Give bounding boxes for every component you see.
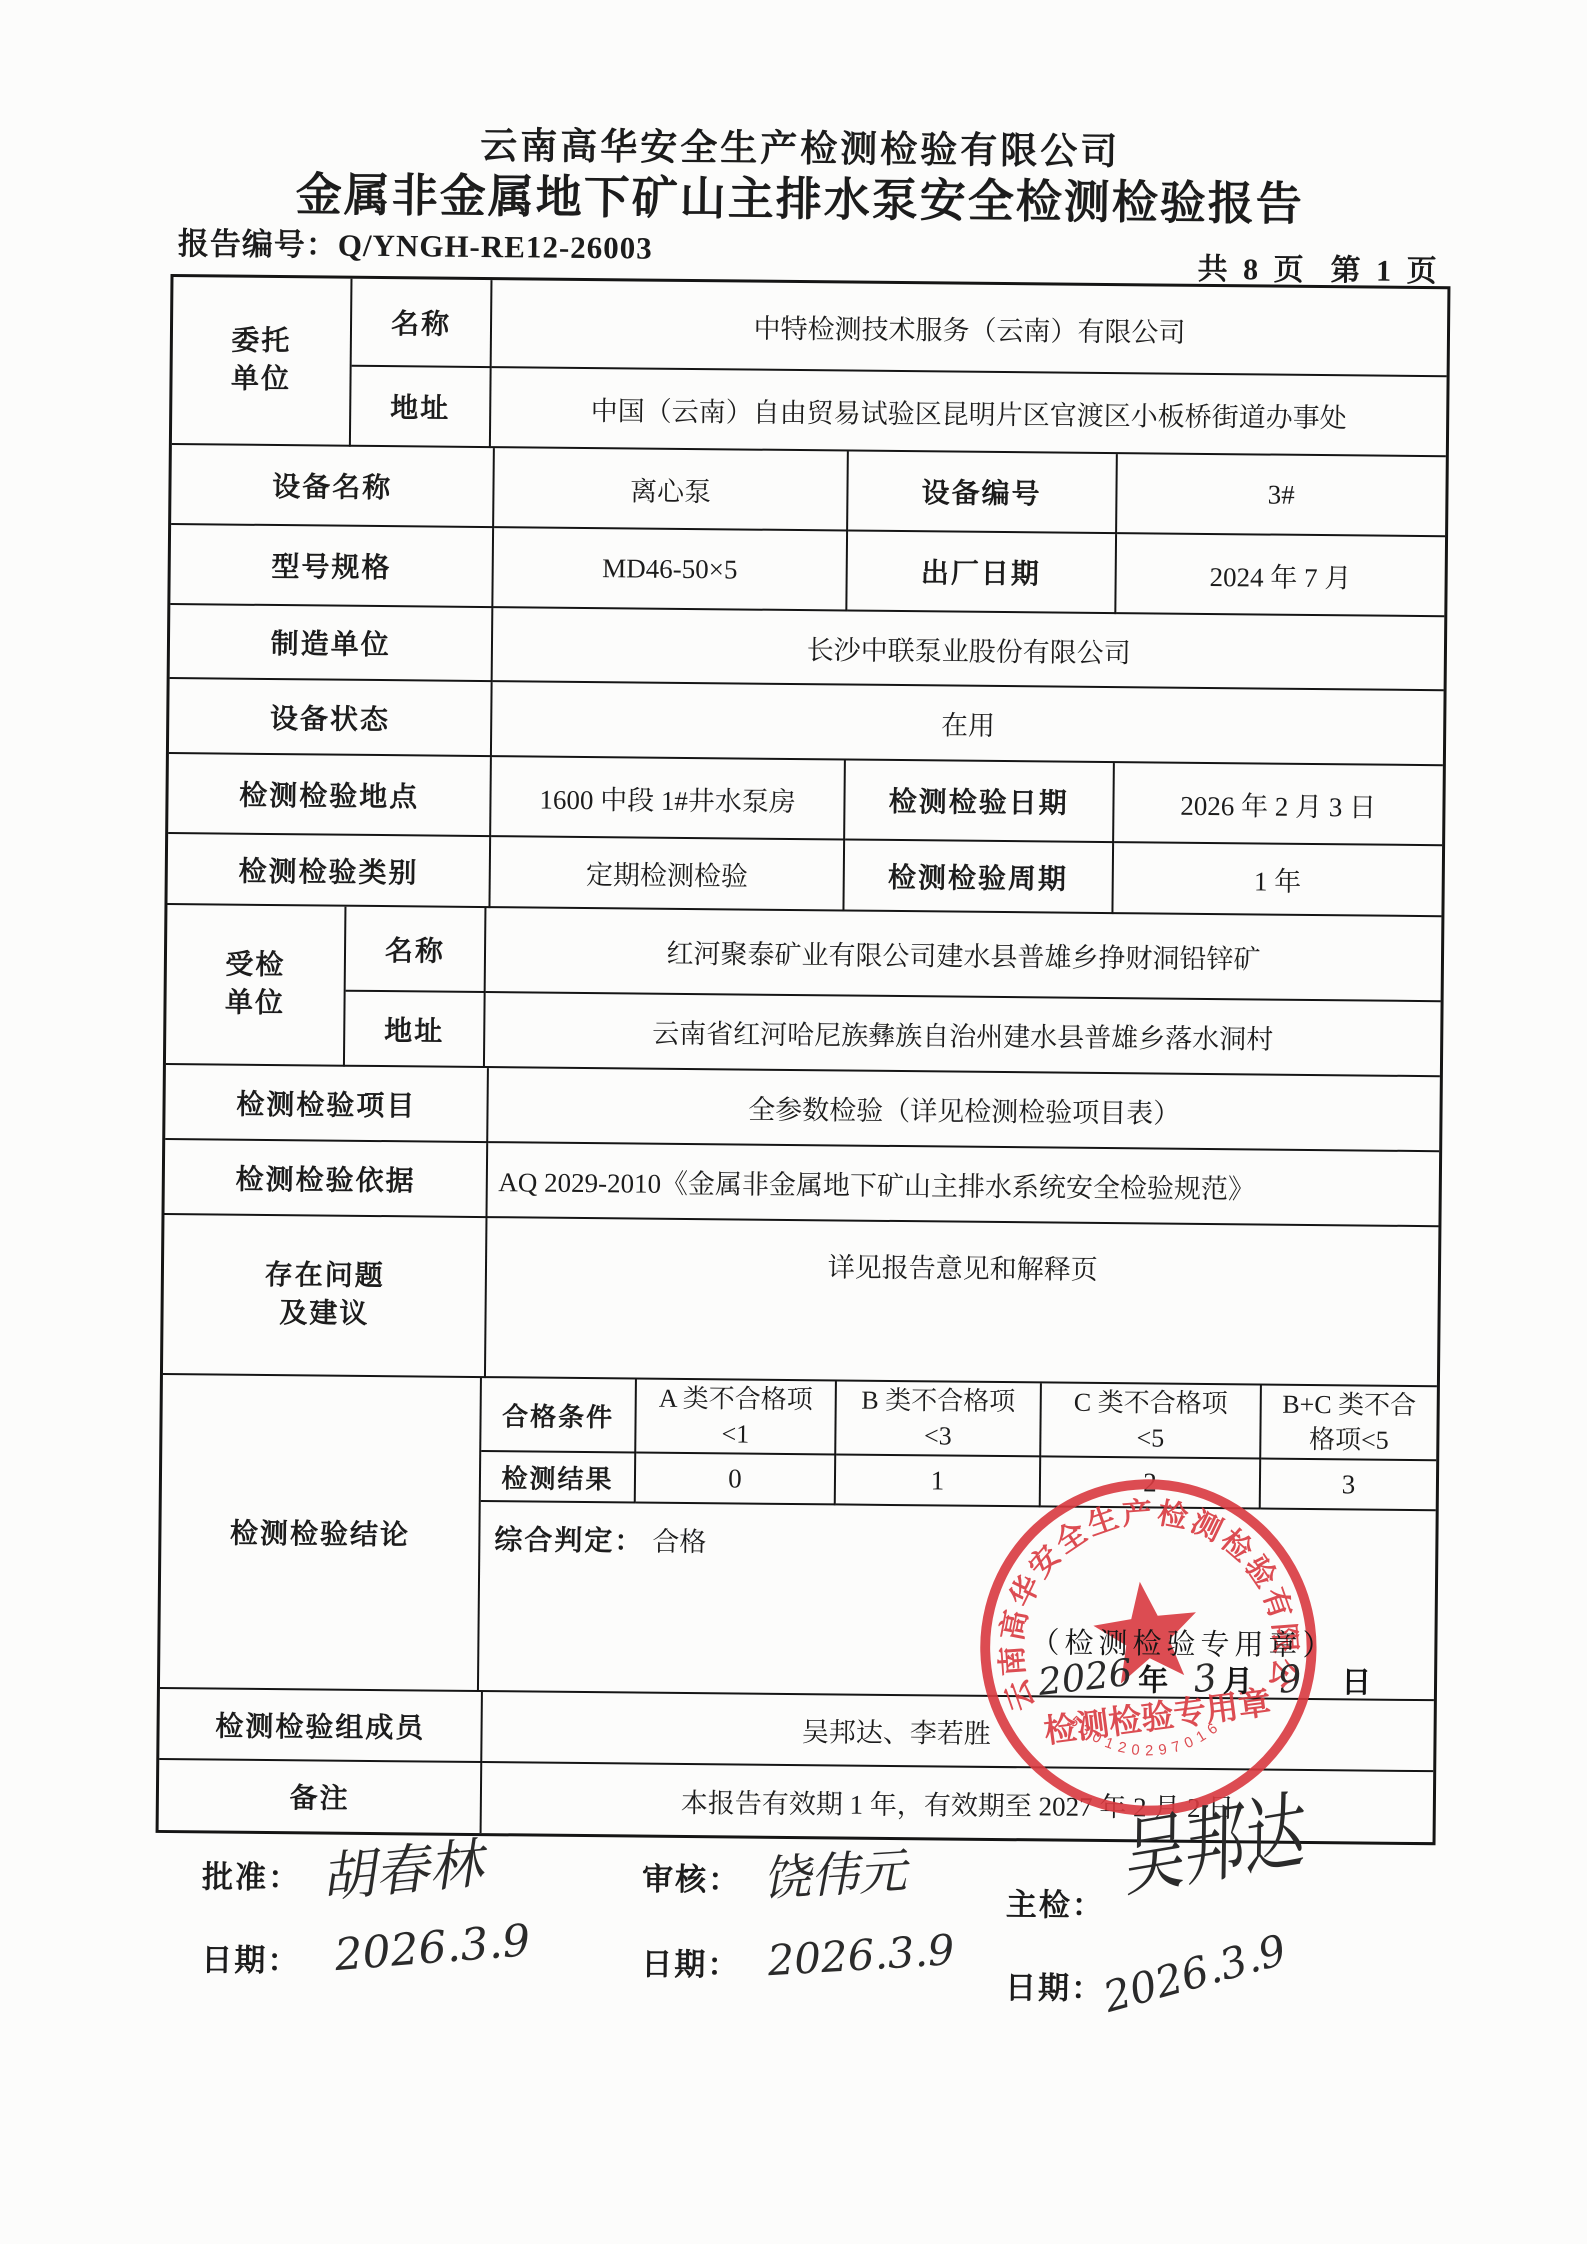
page-content: 云南高华安全生产检测检验有限公司 金属非金属地下矿山主排水泵安全检测检验报告 报… — [0, 0, 1587, 2244]
field-label: 检测检验项目 — [165, 1065, 489, 1143]
review-date: 2026.3.9 — [766, 1925, 956, 1985]
stamp-day-label: 日 — [1341, 1657, 1371, 1701]
table-row: 地址 云南省红河哈尼族彝族自治州建水县普雄乡落水洞村 — [345, 992, 1441, 1078]
team-members: 吴邦达、李若胜 — [802, 1710, 991, 1751]
inspected-group-label: 受检 单位 — [166, 905, 347, 1067]
report-number-label: 报告编号： — [178, 226, 338, 263]
table-row: 设备状态 在用 — [169, 679, 1444, 766]
result-cell: 0 — [636, 1454, 836, 1506]
field-value: 吴邦达、李若胜 — [483, 1692, 1434, 1772]
field-value: 红河聚泰矿业有限公司建水县普雄乡挣财洞铅锌矿 — [486, 908, 1442, 1002]
table-row: 名称 红河聚泰矿业有限公司建水县普雄乡挣财洞铅锌矿 — [346, 907, 1442, 1003]
field-value: 中特检测技术服务（云南）有限公司 — [492, 280, 1448, 377]
criterion-cell: B 类不合格项 <3 — [836, 1381, 1042, 1457]
chief-label: 主检： — [1006, 1879, 1105, 1925]
review-date-label: 日期： — [641, 1939, 740, 1985]
field-label: 出厂日期 — [847, 532, 1116, 615]
table-row: 制造单位 长沙中联泵业股份有限公司 — [170, 605, 1445, 691]
field-label: 检测检验类别 — [167, 834, 491, 908]
field-label: 型号规格 — [170, 525, 494, 608]
field-label: 地址 — [351, 367, 492, 448]
pages-total: 共 8 页 — [1197, 253, 1307, 287]
field-value: 2024 年 7 月 — [1116, 534, 1445, 617]
approve-date: 2026.3.9 — [333, 1915, 532, 1981]
field-label: 名称 — [346, 907, 487, 993]
table-row: 检测检验组成员 吴邦达、李若胜 — [159, 1689, 1434, 1772]
field-label: 制造单位 — [170, 605, 494, 682]
client-section: 委托 单位 名称 中特检测技术服务（云南）有限公司 地址 中国（云南）自由贸易试… — [172, 277, 1448, 457]
field-value: AQ 2029-2010《金属非金属地下矿山主排水系统安全检验规范》 — [488, 1143, 1439, 1227]
field-value: 1 年 — [1113, 843, 1442, 917]
field-value: 云南省红河哈尼族彝族自治州建水县普雄乡落水洞村 — [485, 993, 1441, 1077]
field-label: 地址 — [345, 992, 486, 1068]
report-number-value: Q/YNGH-RE12-26003 — [338, 228, 653, 266]
scanned-report-page: 云南高华安全生产检测检验有限公司 金属非金属地下矿山主排水泵安全检测检验报告 报… — [0, 0, 1587, 2244]
stamp-year-label: 年 — [1138, 1655, 1168, 1699]
field-label: 设备名称 — [171, 445, 495, 528]
stamp-date-overlay: 2026 年 3 月 9 日 — [1038, 1654, 1372, 1701]
approve-signature: 胡春林 — [317, 1821, 486, 1913]
criterion-cell: C 类不合格项 <5 — [1041, 1383, 1262, 1459]
field-value: 全参数检验（详见检测检验项目表） — [489, 1068, 1440, 1152]
verdict-value: 合格 — [652, 1520, 706, 1560]
result-cell: 1 — [836, 1455, 1041, 1507]
result-cell: 2 — [1041, 1457, 1261, 1509]
field-value: 3# — [1117, 454, 1446, 537]
criterion-cell: A 类不合格项 <1 — [636, 1380, 837, 1456]
client-group-label: 委托 单位 — [172, 277, 353, 447]
approve-label: 批准： — [202, 1851, 301, 1897]
review-label: 审核： — [642, 1854, 741, 1900]
field-value: 离心泵 — [495, 448, 849, 531]
results-label: 检测结果 — [481, 1452, 636, 1503]
field-value: 在用 — [492, 682, 1443, 766]
criteria-header-row: 合格条件 A 类不合格项 <1 B 类不合格项 <3 C 类不合格项 <5 B+… — [481, 1378, 1437, 1461]
criterion-cell: B+C 类不合 格项<5 — [1261, 1386, 1437, 1462]
field-value: 2026 年 2 月 3 日 — [1114, 763, 1443, 846]
field-label: 检测检验依据 — [164, 1140, 488, 1218]
stamp-month-value: 3 — [1191, 1656, 1219, 1701]
field-label: 设备状态 — [169, 679, 493, 757]
table-row: 名称 中特检测技术服务（云南）有限公司 — [352, 279, 1448, 378]
field-value: 定期检测检验 — [491, 837, 845, 911]
field-label: 检测检验组成员 — [159, 1689, 483, 1763]
inspected-unit-section: 受检 单位 名称 红河聚泰矿业有限公司建水县普雄乡挣财洞铅锌矿 地址 云南省红河… — [166, 905, 1441, 1077]
field-label: 名称 — [352, 279, 493, 368]
field-value: 长沙中联泵业股份有限公司 — [493, 608, 1444, 691]
field-label: 备注 — [159, 1760, 483, 1833]
approve-date-label: 日期： — [201, 1934, 300, 1980]
field-label: 检测检验日期 — [845, 760, 1114, 843]
table-row: 检测检验地点 1600 中段 1#井水泵房 检测检验日期 2026 年 2 月 … — [168, 754, 1443, 846]
result-cell: 3 — [1261, 1460, 1436, 1512]
stamp-month-label: 月 — [1223, 1656, 1253, 1700]
field-label: 设备编号 — [848, 452, 1117, 535]
report-table: 委托 单位 名称 中特检测技术服务（云南）有限公司 地址 中国（云南）自由贸易试… — [156, 274, 1451, 1845]
criteria-label: 合格条件 — [481, 1378, 637, 1453]
verdict-label: 综合判定： — [494, 1518, 644, 1559]
stamp-day-value: 9 — [1275, 1657, 1303, 1702]
field-label: 存在问题 及建议 — [163, 1215, 488, 1378]
conclusion-label: 检测检验结论 — [160, 1375, 482, 1692]
report-number: 报告编号：Q/YNGH-RE12-26003 — [178, 218, 653, 268]
stamp-year-value: 2026 — [1036, 1651, 1134, 1704]
field-value: MD46-50×5 — [494, 528, 848, 611]
table-row: 地址 中国（云南）自由贸易试验区昆明片区官渡区小板桥街道办事处 — [351, 367, 1447, 458]
chief-date: 2026.3.9 — [1098, 1925, 1291, 2022]
table-row: 存在问题 及建议 详见报告意见和解释页 — [163, 1215, 1438, 1387]
current-page: 第 1 页 — [1330, 254, 1440, 288]
table-row: 检测检验依据 AQ 2029-2010《金属非金属地下矿山主排水系统安全检验规范… — [164, 1140, 1439, 1227]
table-row: 检测检验类别 定期检测检验 检测检验周期 1 年 — [167, 834, 1442, 917]
field-value: 中国（云南）自由贸易试验区昆明片区官渡区小板桥街道办事处 — [491, 368, 1447, 457]
field-label: 检测检验周期 — [844, 840, 1113, 914]
field-label: 检测检验地点 — [168, 754, 492, 837]
results-row: 检测结果 0 1 2 3 — [481, 1452, 1436, 1511]
field-value: 1600 中段 1#井水泵房 — [492, 757, 846, 840]
table-row: 型号规格 MD46-50×5 出厂日期 2024 年 7 月 — [170, 525, 1445, 617]
review-signature: 饶伟元 — [760, 1832, 908, 1910]
field-value: 详见报告意见和解释页 — [486, 1218, 1438, 1387]
chief-date-label: 日期： — [1005, 1962, 1104, 2008]
table-row: 设备名称 离心泵 设备编号 3# — [171, 445, 1446, 537]
table-row: 检测检验项目 全参数检验（详见检测检验项目表） — [165, 1065, 1440, 1152]
